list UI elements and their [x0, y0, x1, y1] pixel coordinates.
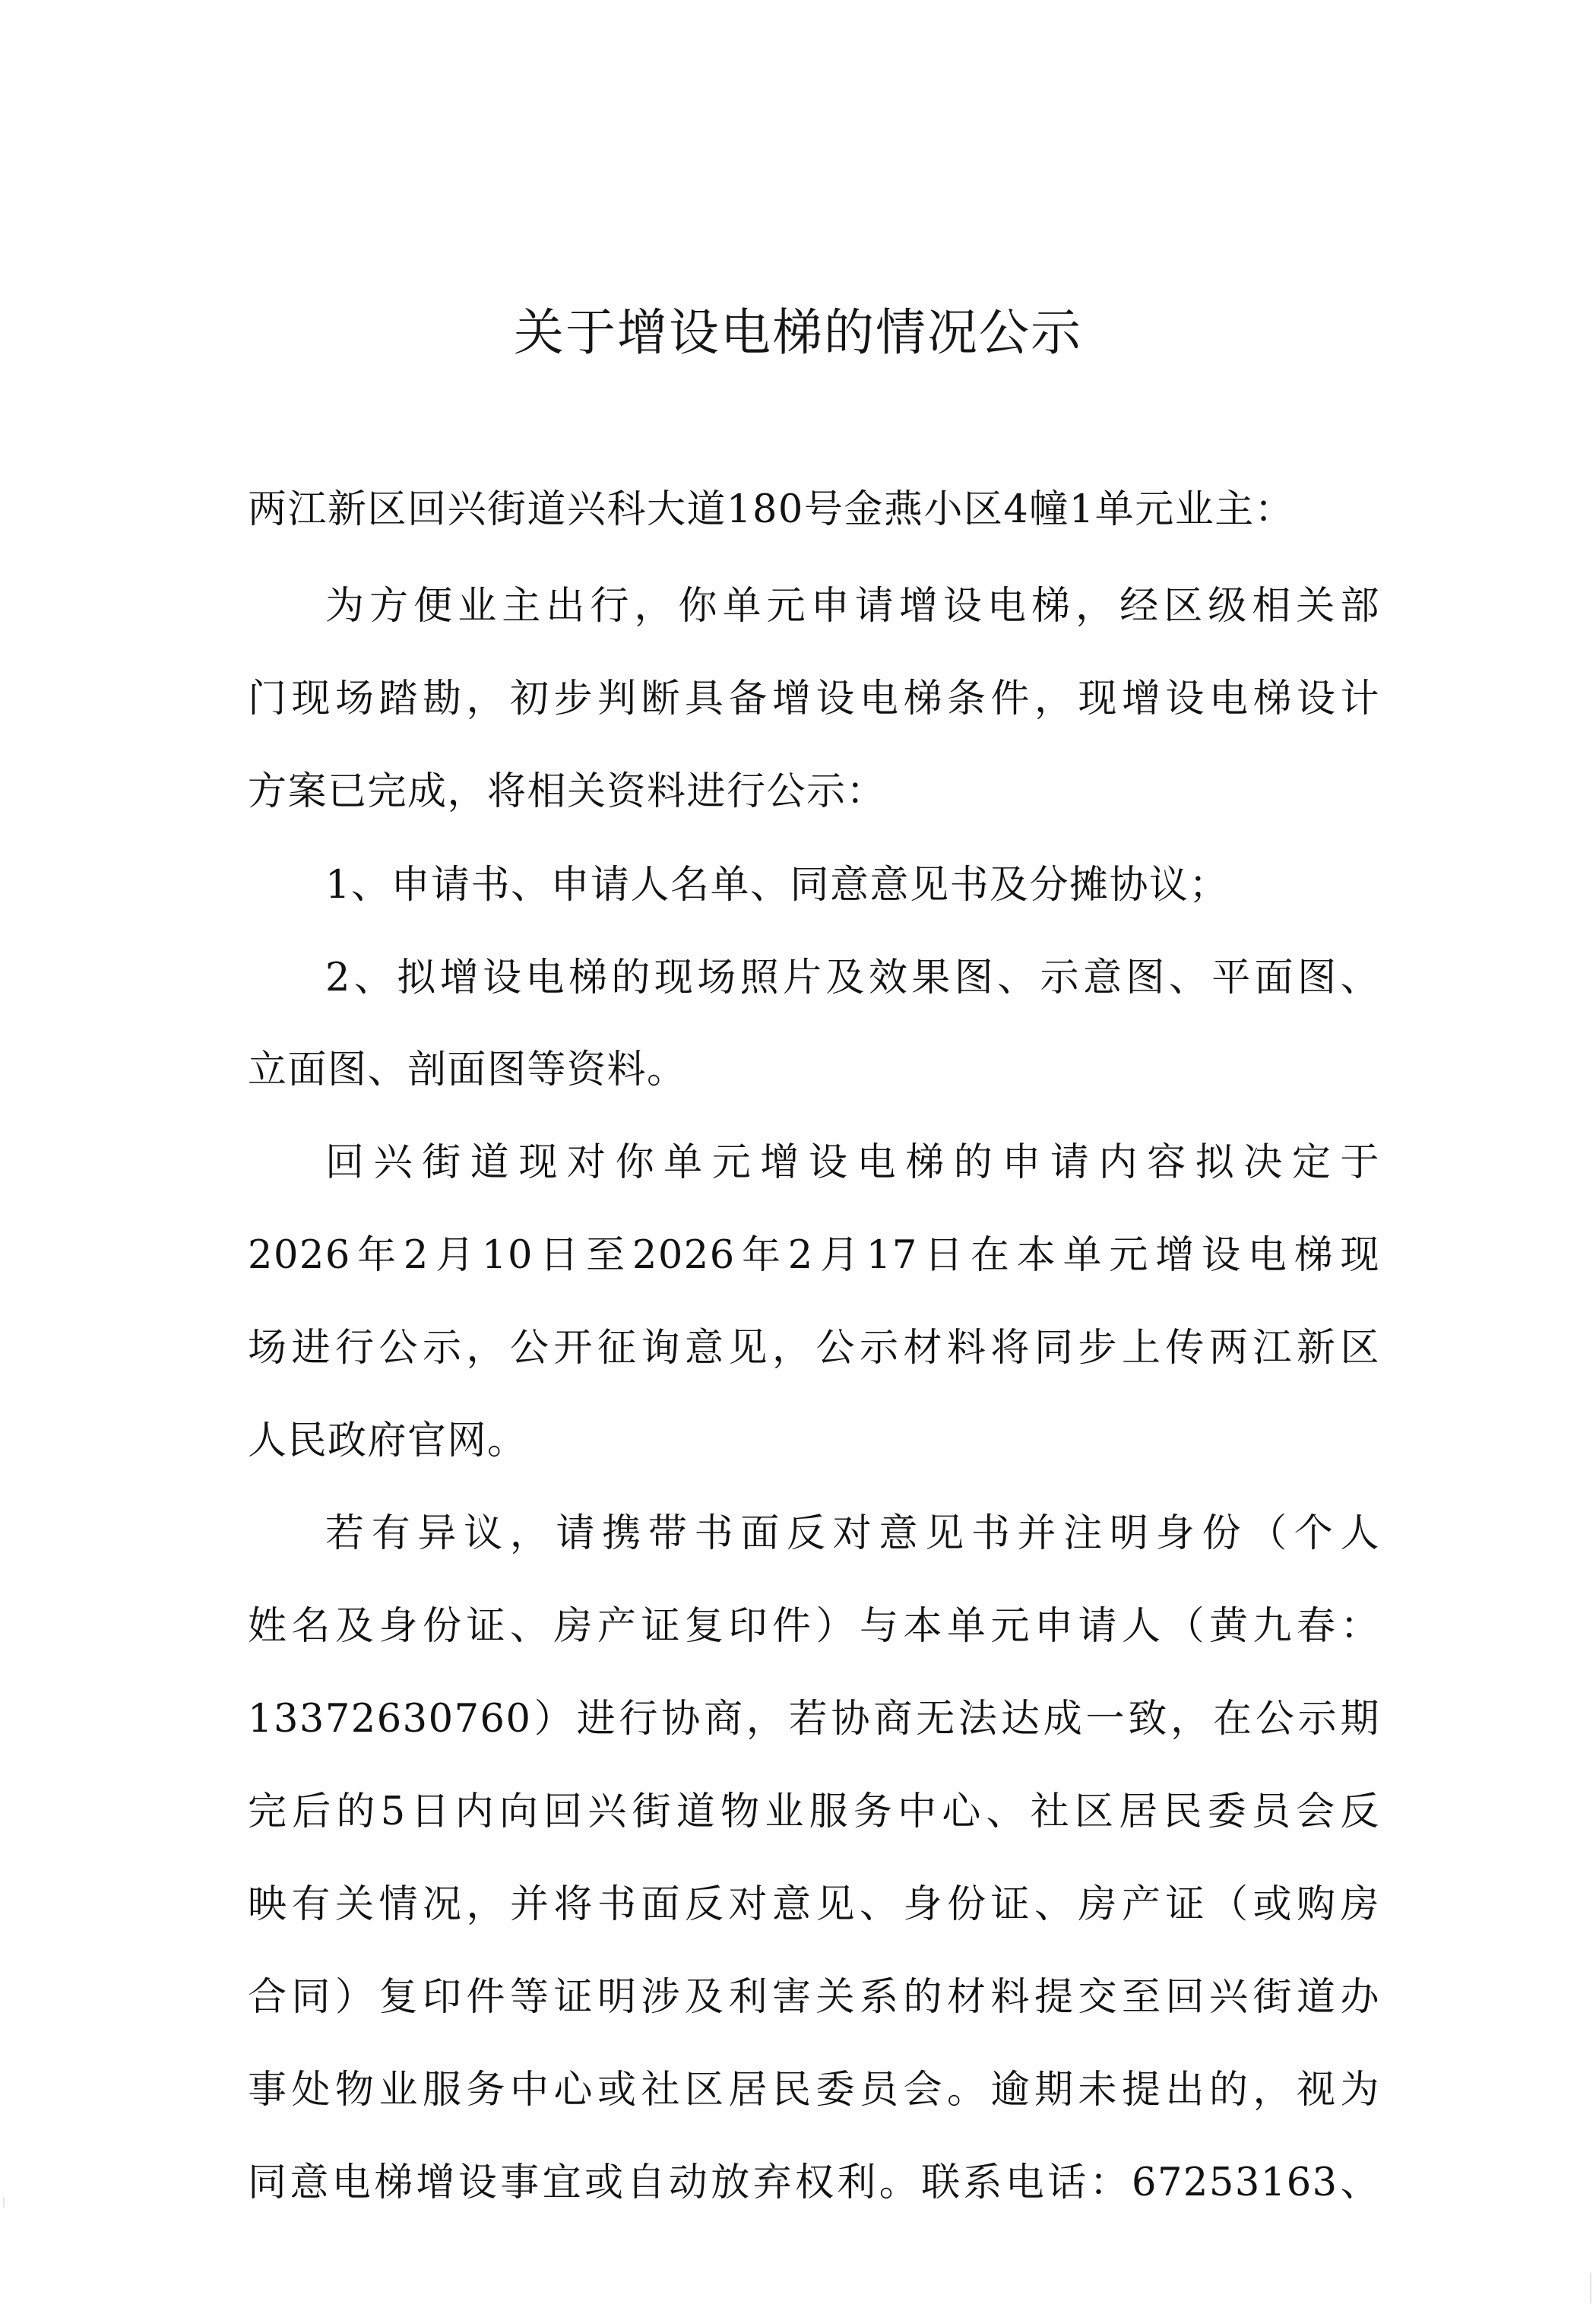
document-page: 关于增设电梯的情况公示 两江新区回兴街道兴科大道180号金燕小区4幢1单元业主：… [0, 0, 1596, 2314]
paragraph-3-line-6: 合同）复印件等证明涉及利害关系的材料提交至回兴街道办 [248, 1971, 1380, 2024]
paragraph-3-line-3: 13372630760）进行协商，若协商无法达成一致，在公示期 [248, 1693, 1380, 1746]
paragraph-2-line-1: 回兴街道现对你单元增设电梯的申请内容拟决定于 [325, 1136, 1380, 1190]
paragraph-3-line-8: 同意电梯增设事宜或自动放弃权利。联系电话：67253163、 [248, 2157, 1380, 2210]
salutation: 两江新区回兴街道兴科大道180号金燕小区4幢1单元业主： [248, 483, 1380, 537]
scan-artifact [1590, 2273, 1591, 2303]
paragraph-2-line-4: 人民政府官网。 [248, 1415, 1380, 1468]
list-item-2-line-2: 立面图、剖面图等资料。 [248, 1044, 1380, 1097]
document-title: 关于增设电梯的情况公示 [0, 300, 1596, 366]
paragraph-2-line-2: 2026年2月10日至2026年2月17日在本单元增设电梯现 [248, 1229, 1380, 1282]
paragraph-3-line-1: 若有异议，请携带书面反对意见书并注明身份（个人 [325, 1507, 1380, 1561]
paragraph-3-line-5: 映有关情况，并将书面反对意见、身份证、房产证（或购房 [248, 1878, 1380, 1932]
paragraph-2-line-3: 场进行公示，公开征询意见，公示材料将同步上传两江新区 [248, 1322, 1380, 1375]
paragraph-1-line-3: 方案已完成，将相关资料进行公示： [248, 766, 1380, 819]
list-item-1: 1、申请书、申请人名单、同意意见书及分摊协议； [325, 859, 1458, 912]
paragraph-1-line-2: 门现场踏勘，初步判断具备增设电梯条件，现增设电梯设计 [248, 673, 1380, 726]
scan-artifact [3, 2197, 5, 2208]
paragraph-3-line-7: 事处物业服务中心或社区居民委员会。逾期未提出的，视为 [248, 2064, 1380, 2117]
list-item-2-line-1: 2、拟增设电梯的现场照片及效果图、示意图、平面图、 [325, 952, 1380, 1005]
paragraph-3-line-2: 姓名及身份证、房产证复印件）与本单元申请人（黄九春： [248, 1600, 1380, 1653]
paragraph-3-line-4: 完后的5日内向回兴街道物业服务中心、社区居民委员会反 [248, 1786, 1380, 1839]
paragraph-1-line-1: 为方便业主出行，你单元申请增设电梯，经区级相关部 [325, 580, 1380, 633]
